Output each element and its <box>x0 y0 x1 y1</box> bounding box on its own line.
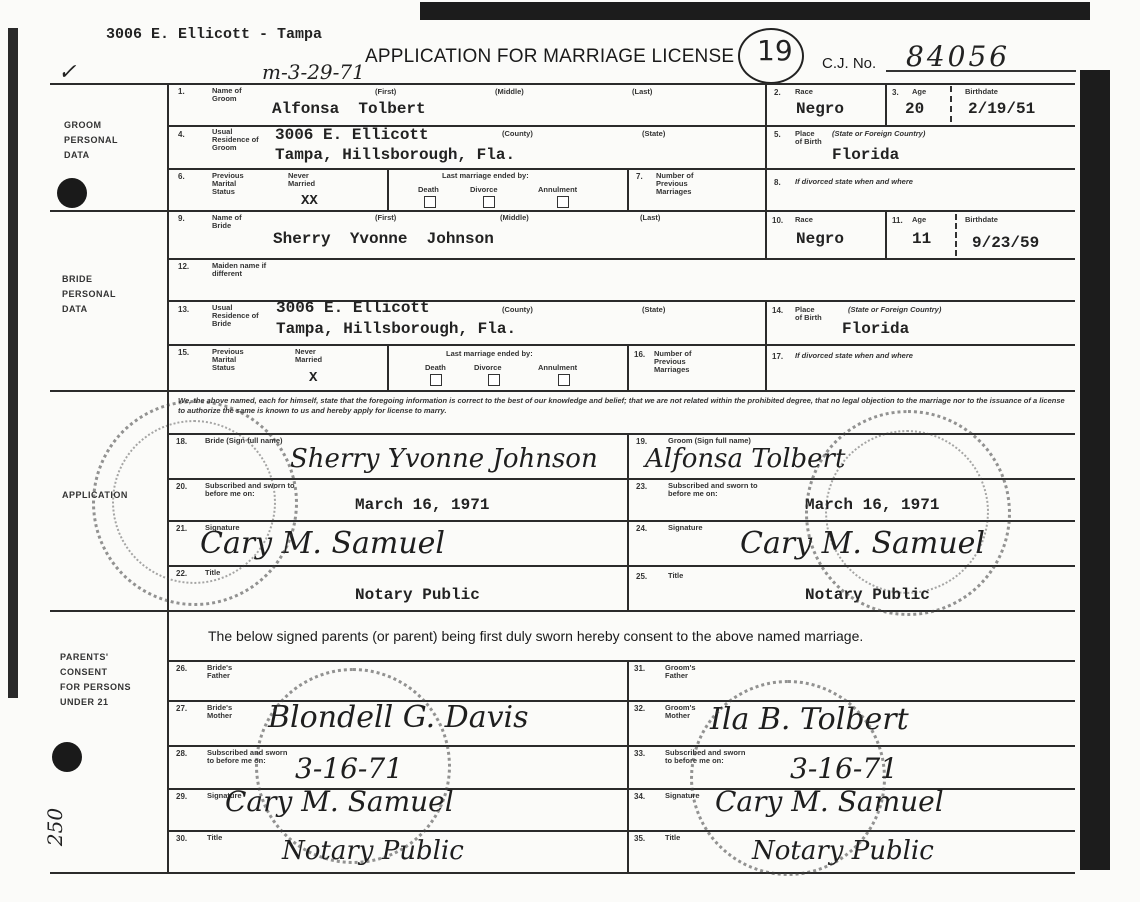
field-label-race: Race <box>795 216 813 224</box>
bride-sworn-date: March 16, 1971 <box>355 496 489 514</box>
label-divorce: Divorce <box>470 186 498 194</box>
scan-edge-left <box>8 28 18 698</box>
field-number: 33. <box>634 749 645 758</box>
label-annulment: Annulment <box>538 186 577 194</box>
label-last: (Last) <box>632 88 652 96</box>
field-number: 12. <box>178 262 189 271</box>
margin-note: 250 <box>43 808 67 846</box>
handwritten-date: m-3-29-71 <box>262 60 365 84</box>
label-county: (County) <box>502 306 533 314</box>
label-state-or-country: (State or Foreign Country) <box>848 306 941 314</box>
field-number: 1. <box>178 87 185 96</box>
label-last-marriage: Last marriage ended by: <box>442 172 529 180</box>
groom-death-checkbox[interactable] <box>424 196 436 208</box>
groom-birthplace-value: Florida <box>832 146 899 164</box>
field-label-divorce-info: If divorced state when and where <box>795 352 913 360</box>
field-label-groom-name: Name of Groom <box>212 87 260 103</box>
check-mark-icon: ✓ <box>58 60 76 85</box>
bride-side-title: Notary Public <box>355 586 480 604</box>
groom-residence-line2: Tampa, Hillsborough, Fla. <box>275 146 515 164</box>
field-number: 14. <box>772 306 783 315</box>
field-number: 30. <box>176 834 187 843</box>
label-state: (State) <box>642 130 665 138</box>
bride-age-value: 11 <box>912 230 931 248</box>
punch-hole-icon <box>57 178 87 208</box>
notary-seal-bride-parents <box>255 668 451 864</box>
bride-residence-line1: 3006 E. Ellicott <box>276 299 430 317</box>
field-label-sworn-date: Subscribed and sworn to before me on: <box>668 482 758 498</box>
cj-number-label: C.J. No. <box>822 55 876 72</box>
bride-name-value: Sherry Yvonne Johnson <box>273 230 494 248</box>
field-label-title: Title <box>665 834 680 842</box>
field-number: 7. <box>636 172 643 181</box>
field-number: 32. <box>634 704 645 713</box>
section-parents-label: PARENTS' CONSENT FOR PERSONS UNDER 21 <box>60 650 131 710</box>
bride-signature: Sherry Yvonne Johnson <box>290 444 598 474</box>
field-label-marital-status: Previous Marital Status <box>212 172 252 196</box>
label-middle: (Middle) <box>495 88 524 96</box>
label-middle: (Middle) <box>500 214 529 222</box>
scan-edge-right <box>1080 70 1110 870</box>
label-never-married: Never Married <box>288 172 324 188</box>
notary-seal-right-inner <box>825 430 989 594</box>
field-number: 34. <box>634 792 645 801</box>
notary-seal-groom-parents <box>690 680 886 876</box>
section-bride-label: BRIDE PERSONAL DATA <box>62 272 116 317</box>
field-number: 35. <box>634 834 645 843</box>
field-label-birthdate: Birthdate <box>965 216 998 224</box>
field-label-groom-father: Groom's Father <box>665 664 695 680</box>
field-label-previous-marriages: Number of Previous Marriages <box>654 350 704 374</box>
field-number: 9. <box>178 214 185 223</box>
label-first: (First) <box>375 214 396 222</box>
field-number: 31. <box>634 664 645 673</box>
groom-divorce-checkbox[interactable] <box>483 196 495 208</box>
field-label-birthdate: Birthdate <box>965 88 998 96</box>
scan-edge-top <box>420 2 1090 20</box>
field-number: 16. <box>634 350 645 359</box>
bride-annulment-checkbox[interactable] <box>558 374 570 386</box>
groom-annulment-checkbox[interactable] <box>557 196 569 208</box>
field-label-signature: Signature <box>668 524 703 532</box>
field-label-bride-mother: Bride's Mother <box>207 704 237 720</box>
label-death: Death <box>418 186 439 194</box>
field-number: 4. <box>178 130 185 139</box>
field-label-maiden-name: Maiden name if different <box>212 262 272 278</box>
field-number: 10. <box>772 216 783 225</box>
bride-race-value: Negro <box>796 230 844 248</box>
label-first: (First) <box>375 88 396 96</box>
groom-residence-line1: 3006 E. Ellicott <box>275 126 429 144</box>
bride-birthplace-value: Florida <box>842 320 909 338</box>
field-number: 27. <box>176 704 187 713</box>
field-number: 26. <box>176 664 187 673</box>
bride-divorce-checkbox[interactable] <box>488 374 500 386</box>
field-label-birthplace: Place of Birth <box>795 306 823 322</box>
typed-address-header: 3006 E. Ellicott - Tampa <box>106 26 322 43</box>
consent-statement: The below signed parents (or parent) bei… <box>208 628 863 644</box>
label-last: (Last) <box>640 214 660 222</box>
bride-residence-line2: Tampa, Hillsborough, Fla. <box>276 320 516 338</box>
field-label-title: Title <box>207 834 222 842</box>
notary-seal-left-inner <box>112 420 276 584</box>
cj-number: 84056 <box>906 40 1010 73</box>
groom-race-value: Negro <box>796 100 844 118</box>
field-number: 24. <box>636 524 647 533</box>
field-number: 25. <box>636 572 647 581</box>
field-label-age: Age <box>912 88 926 96</box>
form-title: APPLICATION FOR MARRIAGE LICENSE <box>365 46 734 68</box>
groom-never-married-mark: XX <box>301 193 318 209</box>
field-label-bride-father: Bride's Father <box>207 664 237 680</box>
label-state-or-country: (State or Foreign Country) <box>832 130 925 138</box>
field-label-groom-mother: Groom's Mother <box>665 704 695 720</box>
bride-never-married-mark: X <box>309 370 317 386</box>
field-number: 5. <box>774 130 781 139</box>
field-label-bride-name: Name of Bride <box>212 214 260 230</box>
field-number: 17. <box>772 352 783 361</box>
field-number: 28. <box>176 749 187 758</box>
label-state: (State) <box>642 306 665 314</box>
field-label-age: Age <box>912 216 926 224</box>
field-number: 2. <box>774 88 781 97</box>
application-statement: We, the above named, each for himself, s… <box>178 396 1073 416</box>
bride-birthdate-value: 9/23/59 <box>972 234 1039 252</box>
label-annulment: Annulment <box>538 364 577 372</box>
groom-birthdate-value: 2/19/51 <box>968 100 1035 118</box>
field-label-groom-residence: Usual Residence of Groom <box>212 128 267 152</box>
groom-name-value: Alfonsa Tolbert <box>272 100 426 118</box>
groom-age-value: 20 <box>905 100 924 118</box>
circled-number: 19 <box>757 34 793 67</box>
field-number: 3. <box>892 88 899 97</box>
field-number: 13. <box>178 305 189 314</box>
field-number: 6. <box>178 172 185 181</box>
label-county: (County) <box>502 130 533 138</box>
bride-death-checkbox[interactable] <box>430 374 442 386</box>
field-label-race: Race <box>795 88 813 96</box>
label-last-marriage: Last marriage ended by: <box>446 350 533 358</box>
field-label-marital-status: Previous Marital Status <box>212 348 252 372</box>
punch-hole-icon <box>52 742 82 772</box>
label-death: Death <box>425 364 446 372</box>
field-label-title: Title <box>668 572 683 580</box>
section-groom-label: GROOM PERSONAL DATA <box>64 118 118 163</box>
field-label-bride-residence: Usual Residence of Bride <box>212 304 267 328</box>
field-label-previous-marriages: Number of Previous Marriages <box>656 172 706 196</box>
label-never-married: Never Married <box>295 348 331 364</box>
field-number: 11. <box>892 216 903 225</box>
label-divorce: Divorce <box>474 364 502 372</box>
field-number: 29. <box>176 792 187 801</box>
field-number: 15. <box>178 348 189 357</box>
field-number: 23. <box>636 482 647 491</box>
field-number: 8. <box>774 178 781 187</box>
field-label-divorce-info: If divorced state when and where <box>795 178 913 186</box>
field-label-birthplace: Place of Birth <box>795 130 823 146</box>
